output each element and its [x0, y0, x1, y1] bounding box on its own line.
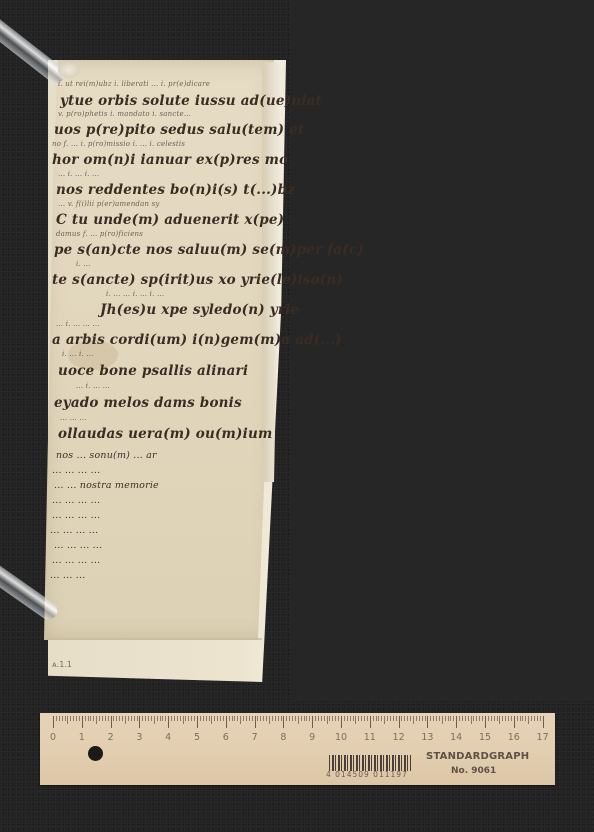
text-line: nos reddentes bo(n)i(s) t(...)bz [56, 182, 295, 198]
ruler-tick [491, 716, 492, 721]
ruler-tick [517, 716, 518, 721]
ruler-tick [234, 716, 235, 721]
ruler-brand: STANDARDGRAPH [426, 751, 529, 762]
ruler-tick [378, 716, 379, 721]
ruler-tick [427, 716, 428, 728]
ruler-label: 1 [79, 732, 85, 743]
fold-line [46, 638, 262, 640]
ruler-label: 7 [252, 732, 258, 743]
interlinear-gloss: ... i. ... i. ... [58, 170, 99, 178]
ruler-tick [520, 716, 521, 721]
ruler-tick [281, 716, 282, 721]
ruler-label: 2 [108, 732, 114, 743]
text-line: uoce bone psallis alinari [58, 363, 248, 379]
ruler-tick [125, 716, 126, 724]
ruler-tick [396, 716, 397, 721]
ruler-label: 8 [280, 732, 286, 743]
scale-ruler: 01234567891011121314151617 4 014509 0111… [40, 713, 555, 785]
text-line: ... ... nostra memorie [54, 480, 159, 491]
ruler-tick [459, 716, 460, 721]
ruler-tick [128, 716, 129, 721]
ruler-tick [79, 716, 80, 721]
ruler-tick [148, 716, 149, 721]
ruler-label: 9 [309, 732, 315, 743]
ruler-tick [393, 716, 394, 721]
ruler-hole [88, 746, 103, 761]
ruler-tick [183, 716, 184, 724]
ruler-tick [442, 716, 443, 724]
ruler-tick [384, 716, 385, 724]
text-line: ... ... ... ... [52, 495, 100, 506]
ruler-tick [99, 716, 100, 721]
ruler-label: 16 [508, 732, 520, 743]
ruler-tick [439, 716, 440, 721]
ruler-tick [188, 716, 189, 721]
ruler-tick [90, 716, 91, 721]
ruler-tick [96, 716, 97, 724]
ruler-label: 10 [335, 732, 347, 743]
ruler-tick [531, 716, 532, 721]
ruler-tick [419, 716, 420, 721]
ruler-tick [260, 716, 261, 721]
ruler-tick [350, 716, 351, 721]
ruler-tick [171, 716, 172, 721]
ruler-tick [240, 716, 241, 724]
text-line: hor om(n)i ianuar ex(p)res mo [52, 152, 288, 168]
ruler-tick [347, 716, 348, 721]
text-line: C tu unde(m) aduenerit x(pe) [56, 212, 284, 228]
ruler-tick [309, 716, 310, 721]
ruler-tick [263, 716, 264, 721]
ruler-tick [73, 716, 74, 721]
text-line: Jh(es)u xpe syledo(n) yrie [100, 302, 299, 318]
ruler-tick [534, 716, 535, 721]
ruler-tick [364, 716, 365, 721]
ruler-tick [462, 716, 463, 721]
ruler-tick [283, 716, 284, 728]
ruler-tick [505, 716, 506, 721]
ruler-tick [327, 716, 328, 724]
ruler-tick [246, 716, 247, 721]
ruler-tick [272, 716, 273, 721]
ruler-tick [298, 716, 299, 724]
ruler-tick [499, 716, 500, 724]
ruler-tick [422, 716, 423, 721]
ruler-label: 3 [136, 732, 142, 743]
ruler-tick [194, 716, 195, 721]
barcode-number: 4 014509 011197 [326, 770, 408, 779]
ruler-tick [404, 716, 405, 721]
ruler-tick [381, 716, 382, 721]
ruler-tick [203, 716, 204, 721]
ruler-tick [344, 716, 345, 721]
ruler-tick [257, 716, 258, 721]
ruler-tick [514, 716, 515, 728]
ruler-tick [200, 716, 201, 721]
ruler-tick [62, 716, 63, 721]
ruler-tick [56, 716, 57, 721]
ruler-tick [456, 716, 457, 728]
ruler-tick [113, 716, 114, 721]
text-line: ytue orbis solute iussu ad(ue)niat [60, 93, 322, 109]
ruler-tick [399, 716, 400, 728]
ruler-tick [468, 716, 469, 721]
text-line: a arbis cordi(um) i(n)gem(m)a ad(...) [52, 332, 342, 348]
ruler-tick [390, 716, 391, 721]
ruler-tick [335, 716, 336, 721]
ruler-tick [85, 716, 86, 721]
interlinear-gloss: ... i. ... ... ... [56, 320, 100, 328]
ruler-tick [160, 716, 161, 721]
text-line: nos ... sonu(m) ... ar [56, 450, 157, 461]
interlinear-gloss: ... v. f(i)lii p(er)amendan sy [58, 200, 160, 208]
ruler-tick [220, 716, 221, 721]
ruler-tick [255, 716, 256, 728]
ruler-tick [511, 716, 512, 721]
ruler-tick [162, 716, 163, 721]
glass-weight-tip [58, 62, 80, 78]
ruler-tick [301, 716, 302, 721]
ruler-tick [324, 716, 325, 721]
ruler-tick [93, 716, 94, 721]
ruler-tick [528, 716, 529, 724]
ruler-tick [329, 716, 330, 721]
ruler-tick [102, 716, 103, 721]
background-cloth [290, 0, 594, 700]
ruler-tick [65, 716, 66, 721]
interlinear-gloss: damus f. ... p(ro)ficiens [56, 230, 143, 238]
ruler-tick [59, 716, 60, 721]
ruler-tick [473, 716, 474, 721]
ruler-tick [376, 716, 377, 721]
interlinear-gloss: i. ... ... i. ... i. ... [106, 290, 164, 298]
ruler-tick [232, 716, 233, 721]
text-line: ... ... ... ... [52, 555, 100, 566]
ruler-tick [151, 716, 152, 721]
text-line: ollaudas uera(m) ou(m)ium [58, 426, 272, 442]
text-line: ... ... ... ... [52, 510, 100, 521]
shelfmark: ᴀ.1.1 [52, 660, 72, 669]
ruler-tick [416, 716, 417, 721]
ruler-tick [191, 716, 192, 721]
ruler-tick [154, 716, 155, 724]
text-line: ... ... ... [50, 570, 85, 581]
interlinear-gloss: ... ... ... [60, 414, 87, 422]
ruler-tick [508, 716, 509, 721]
text-line: uos p(re)pito sedus salu(tem) et [54, 122, 304, 138]
ruler-tick [88, 716, 89, 721]
ruler-tick [197, 716, 198, 728]
ruler-tick [373, 716, 374, 721]
ruler-tick [252, 716, 253, 721]
ruler-tick [249, 716, 250, 721]
interlinear-gloss: v. p(ro)phetis i. mandato i. sancte... [58, 110, 191, 118]
ruler-tick [387, 716, 388, 721]
ruler-tick [488, 716, 489, 721]
ruler-label: 14 [450, 732, 462, 743]
interlinear-gloss: i. ut rei(m)ubz i. liberati ... i. pr(e)… [58, 80, 210, 88]
ruler-tick [433, 716, 434, 721]
ruler-tick [543, 716, 544, 728]
ruler-tick [278, 716, 279, 721]
ruler-label: 13 [421, 732, 433, 743]
ruler-tick [494, 716, 495, 721]
text-line: eyado melos dams bonis [54, 395, 242, 411]
ruler-tick [226, 716, 227, 728]
ruler-tick [275, 716, 276, 721]
ruler-tick [537, 716, 538, 721]
ruler-tick [525, 716, 526, 721]
ruler-tick [425, 716, 426, 721]
ruler-tick [482, 716, 483, 721]
ruler-tick [413, 716, 414, 724]
ruler-tick [76, 716, 77, 721]
ruler-tick [180, 716, 181, 721]
ruler-tick [185, 716, 186, 721]
ruler-tick [209, 716, 210, 721]
ruler-tick [119, 716, 120, 721]
ruler-tick [223, 716, 224, 721]
ruler-tick [217, 716, 218, 721]
ruler-tick [410, 716, 411, 721]
text-line: ... ... ... ... [54, 540, 102, 551]
ruler-tick [286, 716, 287, 721]
ruler-tick [211, 716, 212, 724]
ruler-label: 4 [165, 732, 171, 743]
ruler-tick [116, 716, 117, 721]
ruler-tick [361, 716, 362, 721]
glass-weight-top[interactable] [0, 8, 68, 87]
ruler-tick [111, 716, 112, 728]
ruler-tick [157, 716, 158, 721]
ruler-tick [436, 716, 437, 721]
ruler-tick [306, 716, 307, 721]
ruler-tick [312, 716, 313, 728]
ruler-tick [137, 716, 138, 721]
ruler-tick [237, 716, 238, 721]
ruler-tick [229, 716, 230, 721]
ruler-tick [142, 716, 143, 721]
ruler-label: 11 [364, 732, 376, 743]
ruler-tick [522, 716, 523, 721]
ruler-tick [341, 716, 342, 728]
ruler-tick [131, 716, 132, 721]
ruler-tick [401, 716, 402, 721]
ruler-tick [332, 716, 333, 721]
ruler-tick [367, 716, 368, 721]
ruler-tick [318, 716, 319, 721]
interlinear-gloss: ... i. ... ... [76, 382, 110, 390]
interlinear-gloss: no f. ... i. p(ro)missio i. ... i. celes… [52, 140, 185, 148]
ruler-label: 15 [479, 732, 491, 743]
ruler-tick [82, 716, 83, 728]
ruler-tick [214, 716, 215, 721]
ruler-tick [168, 716, 169, 728]
ruler-tick [70, 716, 71, 721]
interlinear-gloss: i. ... [76, 260, 91, 268]
ruler-tick [430, 716, 431, 721]
ruler-tick [165, 716, 166, 721]
text-line: ... ... ... ... [52, 465, 100, 476]
ruler-tick [243, 716, 244, 721]
ruler-tick [206, 716, 207, 721]
ruler-tick [448, 716, 449, 721]
ruler-tick [358, 716, 359, 721]
barcode [329, 755, 411, 771]
ruler-tick [450, 716, 451, 721]
ruler-tick [174, 716, 175, 721]
ruler-tick [338, 716, 339, 721]
ruler-tick [497, 716, 498, 721]
ruler-tick [407, 716, 408, 721]
ruler-label: 6 [223, 732, 229, 743]
ruler-tick [479, 716, 480, 721]
ruler-tick [122, 716, 123, 721]
text-line: ... ... ... ... [50, 525, 98, 536]
ruler-tick [292, 716, 293, 721]
ruler-tick [289, 716, 290, 721]
ruler-tick [67, 716, 68, 724]
ruler-tick [471, 716, 472, 724]
ruler-tick [145, 716, 146, 721]
ruler-label: 5 [194, 732, 200, 743]
ruler-tick [315, 716, 316, 721]
ruler-tick [476, 716, 477, 721]
ruler-tick [485, 716, 486, 728]
ruler-label: 17 [537, 732, 549, 743]
ruler-tick [445, 716, 446, 721]
ruler-tick [295, 716, 296, 721]
ruler-label: 12 [393, 732, 405, 743]
ruler-tick [355, 716, 356, 724]
ruler-tick [370, 716, 371, 728]
text-line: te s(ancte) sp(irit)us xo yrie(le)iso(n) [52, 272, 343, 288]
ruler-tick [108, 716, 109, 721]
ruler-tick [321, 716, 322, 721]
ruler-model: No. 9061 [451, 766, 496, 776]
ruler-tick [53, 716, 54, 728]
ruler-tick [502, 716, 503, 721]
ruler-tick [177, 716, 178, 721]
interlinear-gloss: i. ... i. ... [62, 350, 94, 358]
ruler-tick [453, 716, 454, 721]
ruler-ticks: 01234567891011121314151617 [53, 713, 543, 733]
ruler-tick [139, 716, 140, 728]
ruler-tick [465, 716, 466, 721]
ruler-tick [304, 716, 305, 721]
ruler-tick [269, 716, 270, 724]
ruler-label: 0 [50, 732, 56, 743]
ruler-tick [105, 716, 106, 721]
text-line: pe s(an)cte nos saluu(m) se(m)per fa(c) [54, 242, 364, 258]
ruler-tick [353, 716, 354, 721]
ruler-tick [540, 716, 541, 721]
ruler-tick [134, 716, 135, 721]
ruler-tick [266, 716, 267, 721]
